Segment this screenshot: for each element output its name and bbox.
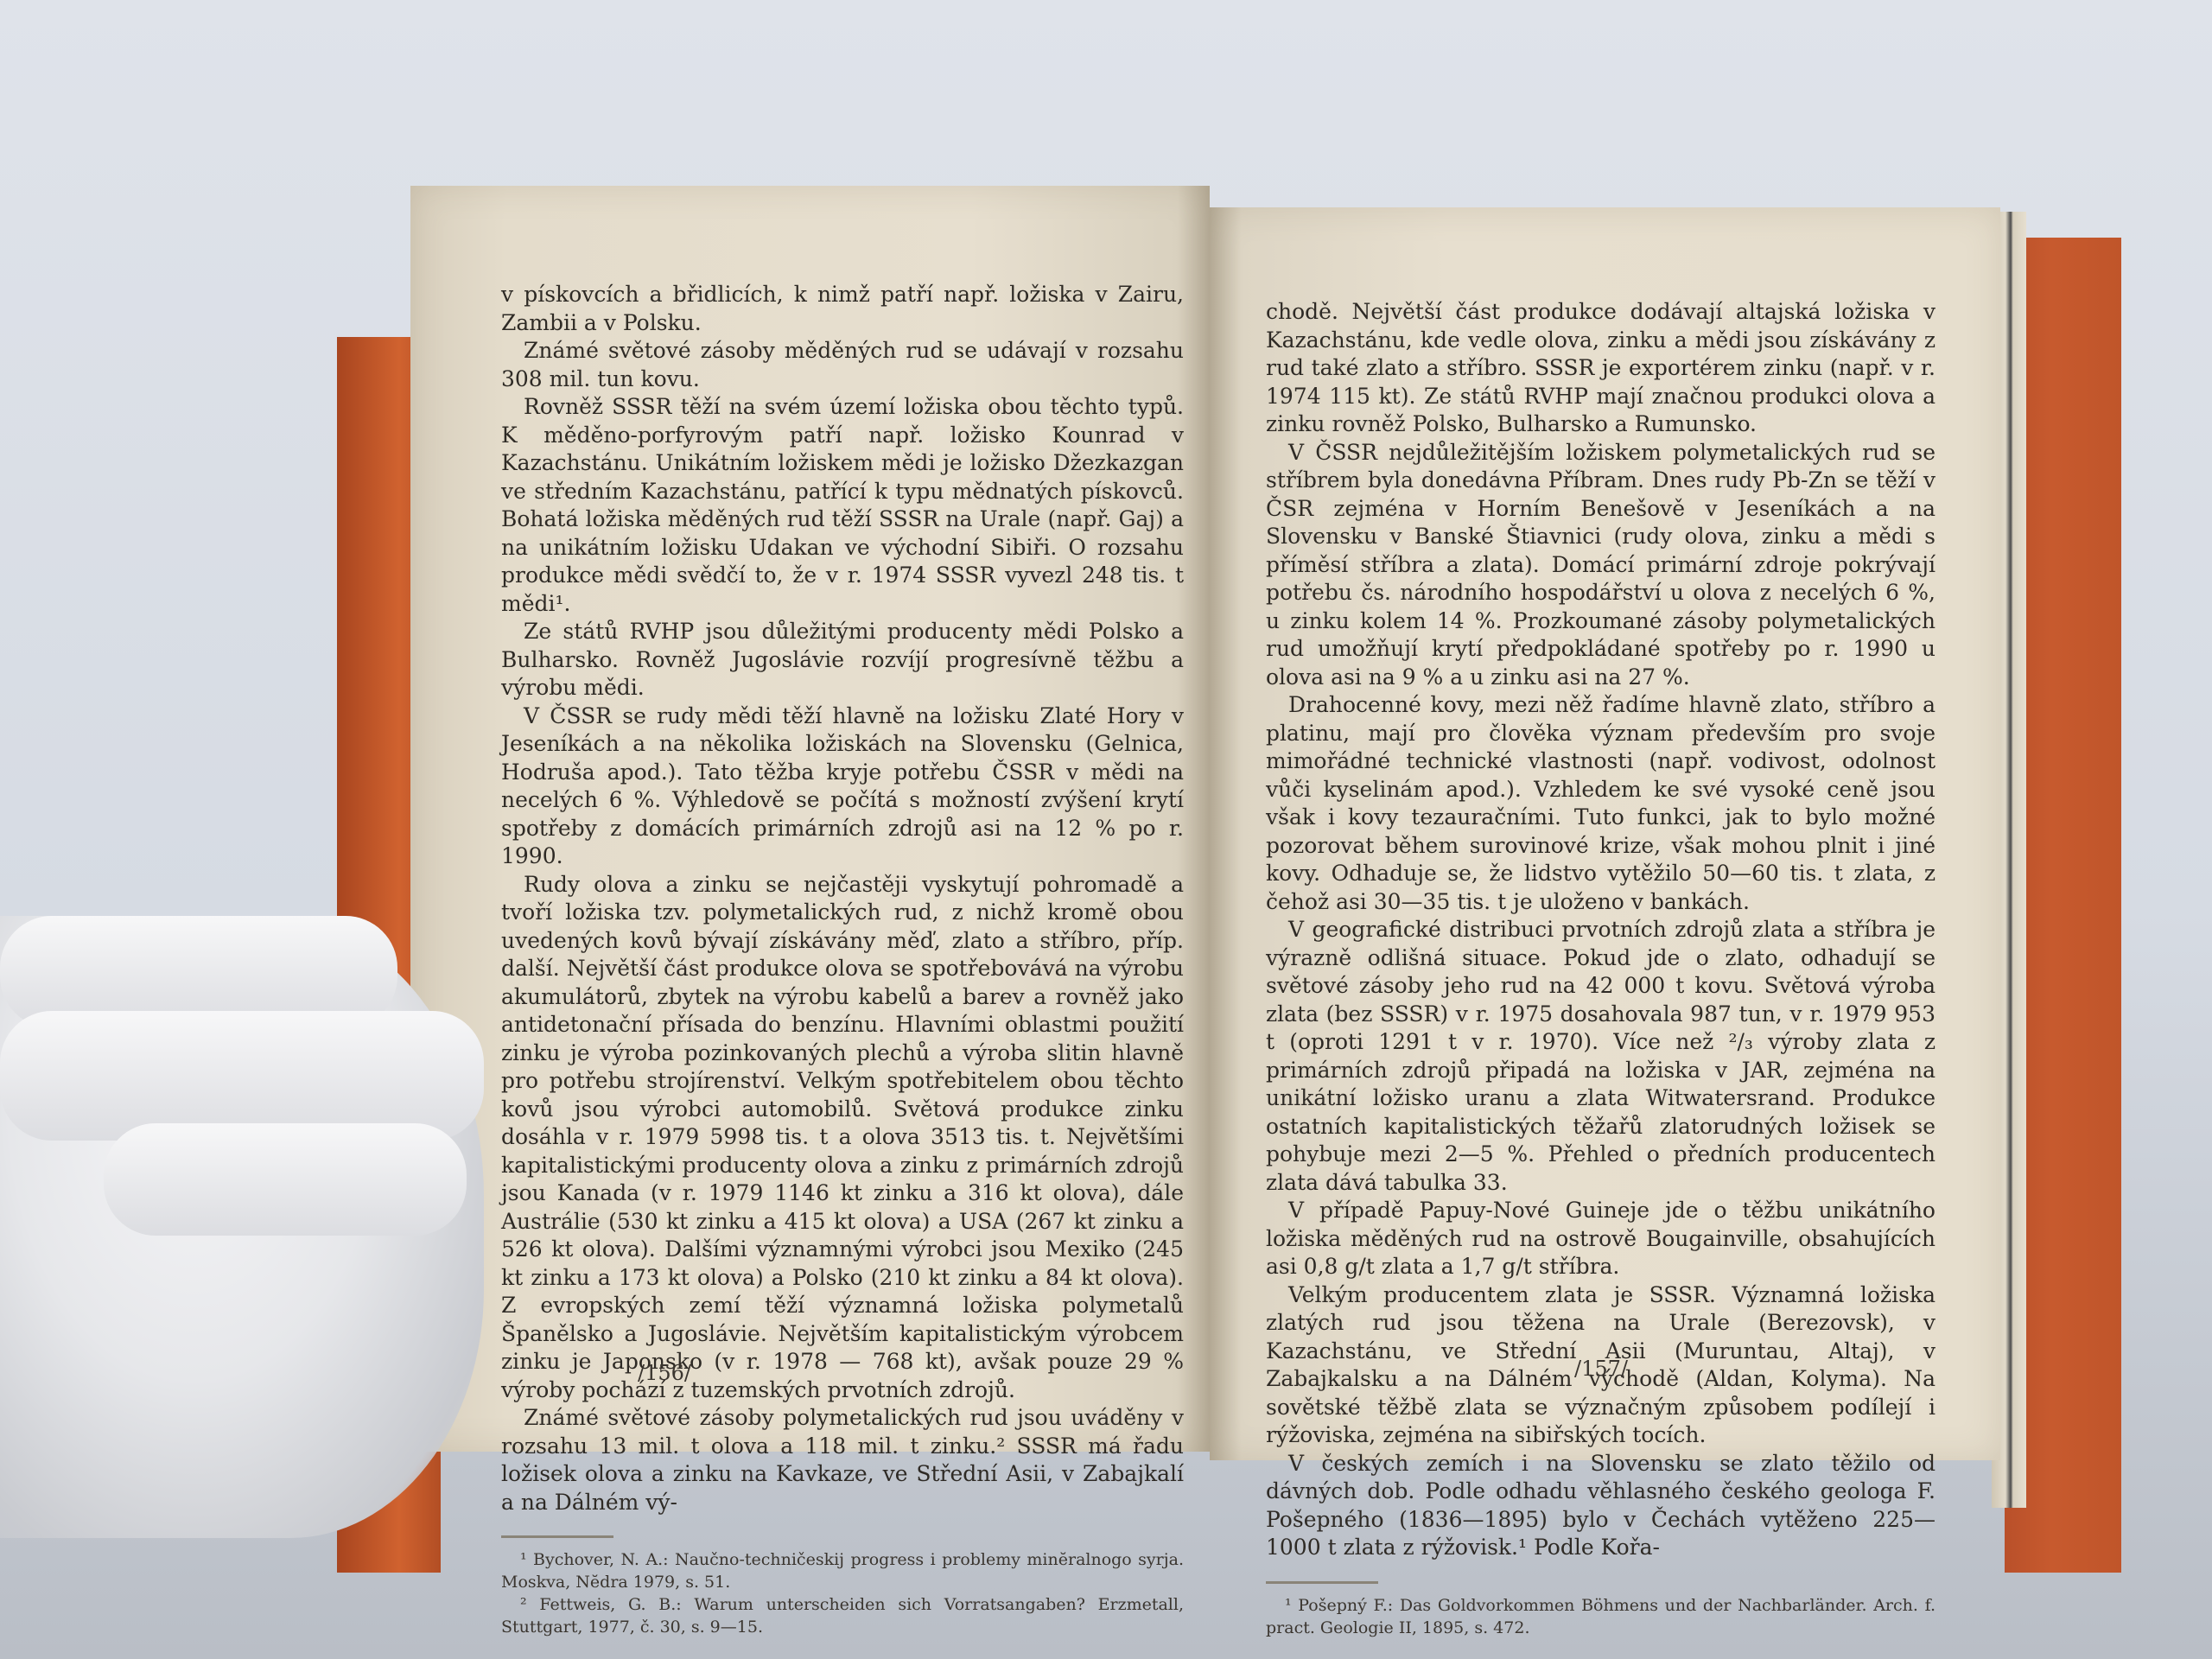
- footnotes: ¹ Bychover, N. A.: Naučno-techničeskij p…: [501, 1548, 1184, 1638]
- paragraph: Rovněž SSSR těží na svém území ložiska o…: [501, 393, 1184, 618]
- paragraph: Známé světové zásoby měděných rud se udá…: [501, 337, 1184, 393]
- paragraph: V českých zemích i na Slovensku se zlato…: [1266, 1450, 1935, 1562]
- left-page-text: v pískovcích a břidlicích, k nimž patří …: [501, 281, 1184, 1638]
- glove-finger: [0, 1011, 484, 1141]
- paragraph: Drahocenné kovy, mezi něž řadíme hlavně …: [1266, 691, 1935, 916]
- paragraph: V geografické distribuci prvotních zdroj…: [1266, 916, 1935, 1197]
- paragraph: V ČSSR se rudy mědi těží hlavně na ložis…: [501, 702, 1184, 871]
- footnote: ¹ Bychover, N. A.: Naučno-techničeskij p…: [501, 1548, 1184, 1593]
- paragraph: v pískovcích a břidlicích, k nimž patří …: [501, 281, 1184, 337]
- paragraph: Známé světové zásoby polymetalických rud…: [501, 1404, 1184, 1516]
- page-number-left: /156/: [638, 1361, 691, 1385]
- paragraph: Rudy olova a zinku se nejčastěji vyskytu…: [501, 871, 1184, 1405]
- footnote: ² Fettweis, G. B.: Warum unterscheiden s…: [501, 1593, 1184, 1638]
- paragraph: Ze států RVHP jsou důležitými producenty…: [501, 618, 1184, 702]
- paragraph: chodě. Největší část produkce dodávají a…: [1266, 298, 1935, 439]
- footnote-divider: [1266, 1581, 1378, 1584]
- footnotes: ¹ Pošepný F.: Das Goldvorkommen Böhmens …: [1266, 1594, 1935, 1639]
- footnote-divider: [501, 1535, 613, 1538]
- footnote: ¹ Pošepný F.: Das Goldvorkommen Böhmens …: [1266, 1594, 1935, 1639]
- page-number-right: /157/: [1574, 1357, 1628, 1381]
- paragraph: V ČSSR nejdůležitějším ložiskem polymeta…: [1266, 439, 1935, 692]
- right-page-text: chodě. Největší část produkce dodávají a…: [1266, 298, 1935, 1639]
- paragraph: V případě Papuy-Nové Guineje jde o těžbu…: [1266, 1197, 1935, 1281]
- glove-finger: [104, 1123, 467, 1236]
